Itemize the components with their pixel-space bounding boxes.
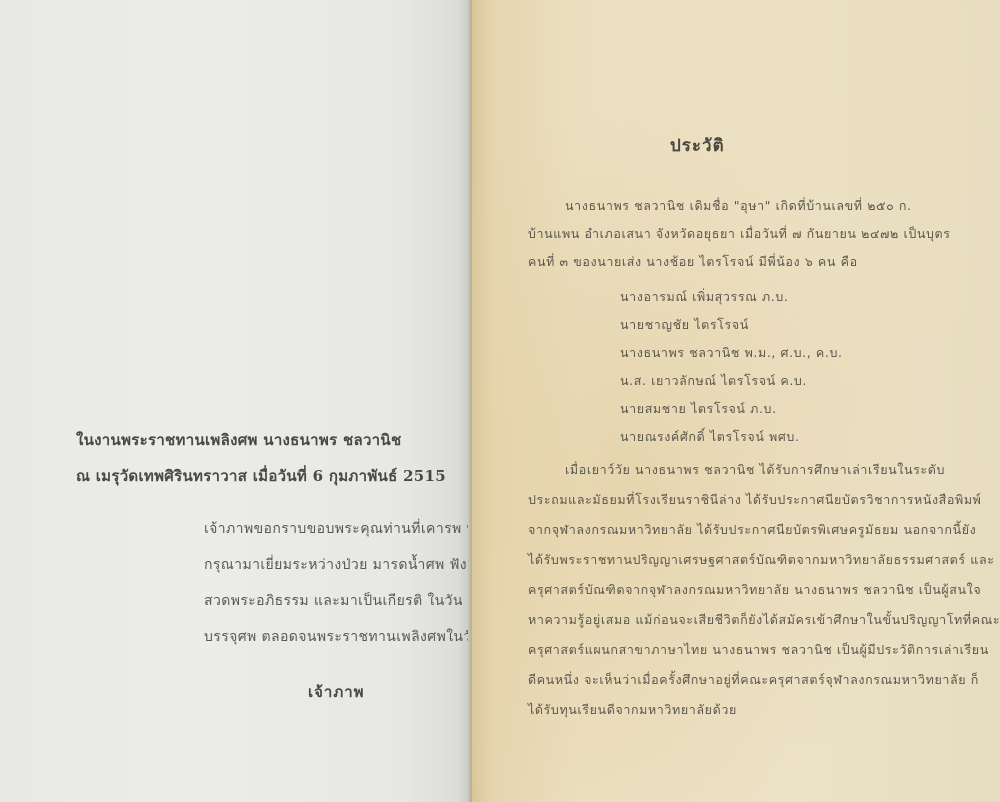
education-line-6: หาความรู้อยู่เสมอ แม้ก่อนจะเสียชีวิตก็ยั… [528, 610, 1000, 630]
thanks-line-2: กรุณามาเยี่ยมระหว่างป่วย มารดน้ำศพ ฟัง [204, 554, 467, 576]
dedication-line-1: ในงานพระราชทานเพลิงศพ นางธนาพร ชลวานิช [76, 428, 401, 452]
sibling-1: นางอารมณ์ เพิ่มสุวรรณ ภ.บ. [620, 287, 788, 307]
page-title: ประวัติ [670, 132, 725, 159]
education-line-9: ได้รับทุนเรียนดีจากมหาวิทยาลัยด้วย [528, 700, 737, 720]
education-line-8: ดีคนหนึ่ง จะเห็นว่าเมื่อครั้งศึกษาอยู่ที… [528, 670, 979, 690]
open-book-spread: ในงานพระราชทานเพลิงศพ นางธนาพร ชลวานิช ณ… [0, 0, 1000, 802]
sibling-3: นางธนาพร ชลวานิช พ.ม., ศ.บ., ค.บ. [620, 343, 843, 363]
education-line-1: เมื่อเยาว์วัย นางธนาพร ชลวานิช ได้รับการ… [565, 460, 945, 480]
intro-line-1: นางธนาพร ชลวานิช เดิมชื่อ "อุษา" เกิดที่… [565, 196, 912, 216]
education-line-5: ครุศาสตร์บัณฑิตจากจุฬาลงกรณมหาวิทยาลัย น… [528, 580, 981, 600]
intro-line-2: บ้านแพน อำเภอเสนา จังหวัดอยุธยา เมื่อวัน… [528, 224, 951, 244]
sibling-6: นายณรงค์ศักดิ์ ไตรโรจน์ พศบ. [620, 427, 800, 447]
right-page: ประวัติ นางธนาพร ชลวานิช เดิมชื่อ "อุษา"… [472, 0, 1000, 802]
education-line-4: ได้รับพระราชทานปริญญาเศรษฐศาสตร์บัณฑิตจา… [528, 550, 995, 570]
sibling-5: นายสมชาย ไตรโรจน์ ภ.บ. [620, 399, 777, 419]
intro-line-3: คนที่ ๓ ของนายเส่ง นางช้อย ไตรโรจน์ มีพี… [528, 252, 858, 272]
sibling-2: นายชาญชัย ไตรโรจน์ [620, 315, 749, 335]
education-line-7: ครุศาสตร์แผนกสาขาภาษาไทย นางธนาพร ชลวานิ… [528, 640, 989, 660]
thanks-line-3: สวดพระอภิธรรม และมาเป็นเกียรติ ในวัน [204, 590, 463, 612]
education-line-3: จากจุฬาลงกรณมหาวิทยาลัย ได้รับประกาศนียบ… [528, 520, 976, 540]
thanks-line-4: บรรจุศพ ตลอดจนพระราชทานเพลิงศพในวันนี้ [204, 626, 492, 648]
thanks-line-1: เจ้าภาพขอกราบขอบพระคุณท่านที่เคารพ ที่ [204, 518, 476, 540]
left-page: ในงานพระราชทานเพลิงศพ นางธนาพร ชลวานิช ณ… [0, 0, 472, 802]
education-line-2: ประถมและมัธยมที่โรงเรียนราชินีล่าง ได้รั… [528, 490, 982, 510]
host-signature: เจ้าภาพ [308, 680, 365, 704]
sibling-4: น.ส. เยาวลักษณ์ ไตรโรจน์ ค.บ. [620, 371, 807, 391]
dedication-line-2: ณ เมรุวัดเทพศิรินทราวาส เมื่อวันที่ 6 กุ… [76, 464, 446, 488]
